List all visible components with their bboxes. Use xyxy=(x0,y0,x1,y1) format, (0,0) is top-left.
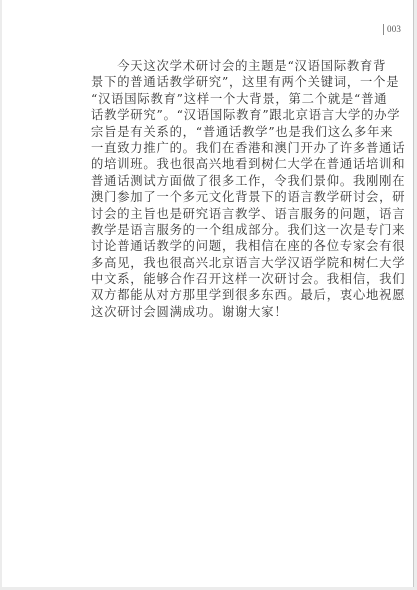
text-line: 话教学研究”。“汉语国际教育”跟北京语言大学的办学 xyxy=(91,107,367,123)
text-line: 多高见，我也很高兴北京语言大学汉语学院和树仁大学 xyxy=(91,255,367,271)
text-line: 的培训班。我也很高兴地看到树仁大学在普通话培训和 xyxy=(91,156,367,172)
text-line: 中文系，能够合作召开这样一次研讨会。我相信，我们 xyxy=(91,271,367,287)
document-page: 003 今天这次学术研讨会的主题是“汉语国际教育背 景下的普通话教学研究”，这里… xyxy=(2,0,414,587)
body-paragraph: 今天这次学术研讨会的主题是“汉语国际教育背 景下的普通话教学研究”，这里有两个关… xyxy=(91,58,367,320)
text-line: 教学是语言服务的一个组成部分。我们这一次是专门来 xyxy=(91,222,367,238)
text-line: 景下的普通话教学研究”，这里有两个关键词，一个是 xyxy=(91,74,367,90)
text-line: 这次研讨会圆满成功。谢谢大家！ xyxy=(91,304,367,320)
text-line: 一直致力推广的。我们在香港和澳门开办了许多普通话 xyxy=(91,140,367,156)
text-line: “汉语国际教育”这样一个大背景，第二个就是“普通 xyxy=(91,91,367,107)
text-line: 讨会的主旨也是研究语言教学、语言服务的问题，语言 xyxy=(91,206,367,222)
page-number: 003 xyxy=(383,24,401,35)
text-line: 澳门参加了一个多元文化背景下的语言教学研讨会，研 xyxy=(91,189,367,205)
text-line: 双方都能从对方那里学到很多东西。最后，衷心地祝愿 xyxy=(91,287,367,303)
text-line: 宗旨是有关系的，“普通话教学”也是我们这么多年来 xyxy=(91,124,367,140)
text-line: 今天这次学术研讨会的主题是“汉语国际教育背 xyxy=(91,58,367,74)
text-line: 普通话测试方面做了很多工作，令我们景仰。我刚刚在 xyxy=(91,173,367,189)
text-line: 讨论普通话教学的问题，我相信在座的各位专家会有很 xyxy=(91,238,367,254)
